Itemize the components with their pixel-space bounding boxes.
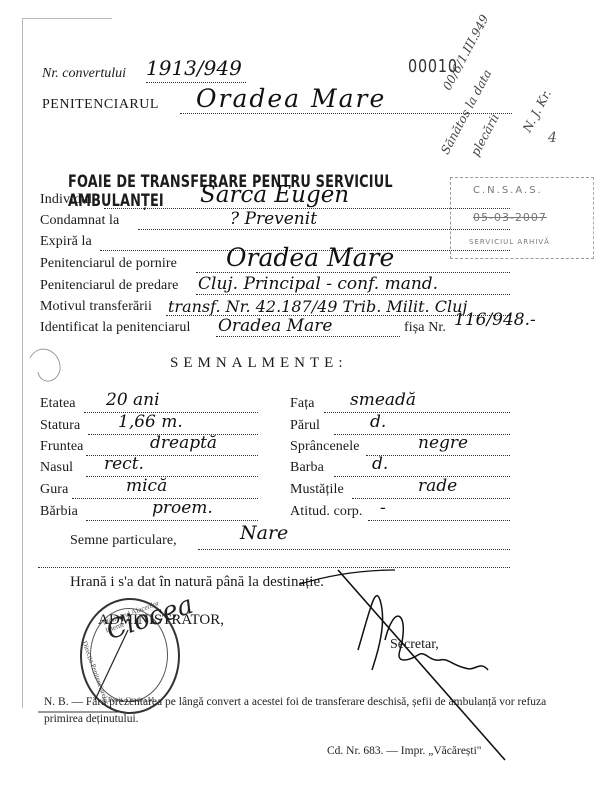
nota-bene-text: N. B. — Fără prezentarea pe lângă conver… [44, 694, 564, 728]
printer-footer: Cd. Nr. 683. — Impr. „Văcărești" [327, 745, 481, 757]
transfer-sheet-document: Nr. convertului 1913/949 PENITENCIARUL O… [0, 0, 600, 800]
signature-strokes [0, 0, 600, 800]
